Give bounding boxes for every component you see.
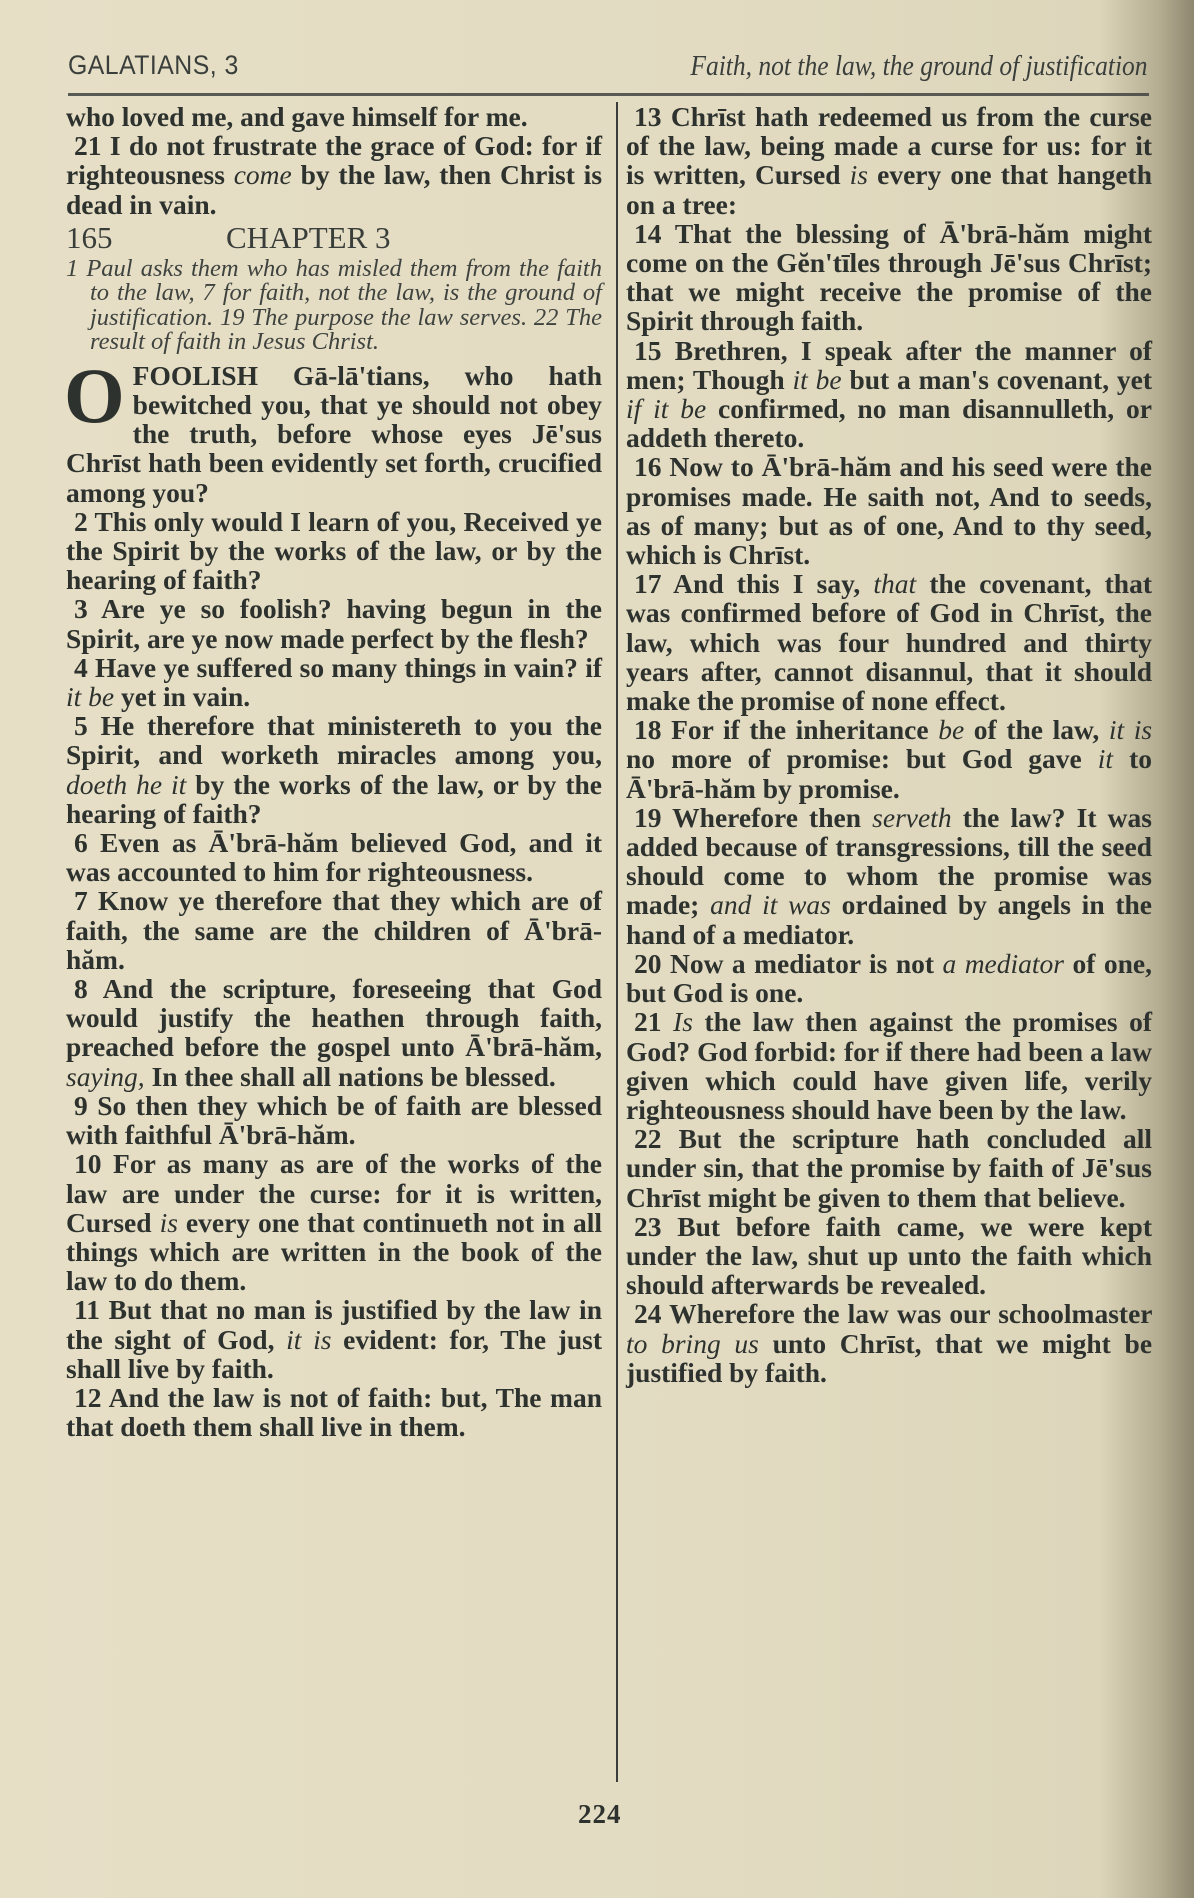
verse-text: but a man's covenant, yet bbox=[849, 364, 1152, 395]
chapter-heading: 165 CHAPTER 3 bbox=[66, 221, 602, 255]
italic-text: be bbox=[938, 714, 964, 745]
italic-text: is bbox=[850, 159, 868, 190]
verse-8: 8 And the scripture, foreseeing that God… bbox=[66, 974, 602, 1091]
verse-23: 23 But before faith came, we were kept u… bbox=[626, 1212, 1152, 1300]
verse-10: 10 For as many as are of the works of th… bbox=[66, 1149, 602, 1295]
verse-17: 17 And this I say, that the covenant, th… bbox=[626, 569, 1152, 715]
verse-text: the law then against the promises of God… bbox=[626, 1006, 1152, 1125]
verse-text: Even as Ā'brā-hăm believed God, and it w… bbox=[66, 827, 602, 887]
verse-number: 21 bbox=[634, 1006, 662, 1037]
verse-number: 12 bbox=[74, 1382, 102, 1413]
verse-number: 13 bbox=[634, 101, 662, 132]
verse-22: 22 But the scripture hath concluded all … bbox=[626, 1124, 1152, 1212]
verse-18: 18 For if the inheritance be of the law,… bbox=[626, 715, 1152, 803]
verse-text: So then they which be of faith are bless… bbox=[66, 1090, 602, 1150]
verse-text: That the blessing of Ā'brā-hăm might com… bbox=[626, 218, 1152, 337]
italic-text: to bring us bbox=[626, 1328, 759, 1359]
verse-number: 8 bbox=[74, 973, 88, 1004]
verse-number: 23 bbox=[634, 1211, 662, 1242]
verse-number: 24 bbox=[634, 1298, 662, 1329]
verse-text: of the law, bbox=[974, 714, 1099, 745]
verse-text: FOOLISH Gā-lā'tians, who hath bewitched … bbox=[66, 360, 602, 508]
italic-text: is bbox=[160, 1207, 178, 1238]
book-chapter-heading: GALATIANS, 3 bbox=[68, 50, 239, 81]
reference-number: 165 bbox=[66, 221, 226, 255]
verse-text: And the scripture, foreseeing that God w… bbox=[66, 973, 602, 1062]
verse-16: 16 Now to Ā'brā-hăm and his seed were th… bbox=[626, 452, 1152, 569]
verse-number: 10 bbox=[74, 1148, 102, 1179]
verse-number: 7 bbox=[74, 885, 88, 916]
verse-text: And the law is not of faith: but, The ma… bbox=[66, 1382, 602, 1442]
verse-number: 2 bbox=[74, 506, 88, 537]
right-column: 13 Chrīst hath redeemed us from the curs… bbox=[626, 102, 1152, 1387]
verse-number: 20 bbox=[634, 948, 662, 979]
italic-text: if it be bbox=[626, 393, 706, 424]
verse-2-21: 21 I do not frustrate the grace of God: … bbox=[66, 131, 602, 219]
italic-text: it is bbox=[1109, 714, 1152, 745]
italic-text: serveth bbox=[872, 802, 951, 833]
verse-9: 9 So then they which be of faith are ble… bbox=[66, 1091, 602, 1149]
verse-12: 12 And the law is not of faith: but, The… bbox=[66, 1383, 602, 1441]
verse-text: Now a mediator is not bbox=[670, 948, 934, 979]
drop-cap: O bbox=[64, 365, 125, 423]
verse-20: 20 Now a mediator is not a mediator of o… bbox=[626, 949, 1152, 1007]
verse-number: 17 bbox=[634, 568, 662, 599]
italic-text: it bbox=[1098, 743, 1113, 774]
verse-text: For if the inheritance bbox=[671, 714, 928, 745]
verse-text: Have ye suffered so many things in vain?… bbox=[95, 652, 602, 683]
page-number: 224 bbox=[578, 1799, 622, 1830]
verse-text: Know ye therefore that they which are of… bbox=[66, 885, 602, 974]
italic-text: come bbox=[234, 159, 292, 190]
verse-number: 6 bbox=[74, 827, 88, 858]
verse-24: 24 Wherefore the law was our schoolmaste… bbox=[626, 1299, 1152, 1387]
verse-number: 11 bbox=[74, 1294, 100, 1325]
verse-continuation: who loved me, and gave himself for me. bbox=[66, 102, 602, 131]
verse-text: But the scripture hath concluded all und… bbox=[626, 1123, 1152, 1212]
verse-text: In thee shall all nations be blessed. bbox=[152, 1061, 556, 1092]
verse-text: ordained by angels in the hand of a medi… bbox=[626, 889, 1152, 949]
running-header: GALATIANS, 3 Faith, not the law, the gro… bbox=[68, 46, 1148, 86]
verse-number: 22 bbox=[634, 1123, 662, 1154]
verse-text: This only would I learn of you, Received… bbox=[66, 506, 602, 595]
verse-number: 3 bbox=[74, 593, 88, 624]
column-divider bbox=[616, 102, 618, 1782]
verse-11: 11 But that no man is justified by the l… bbox=[66, 1295, 602, 1383]
verse-text: yet in vain. bbox=[121, 681, 250, 712]
verse-13: 13 Chrīst hath redeemed us from the curs… bbox=[626, 102, 1152, 219]
verse-text: no more of promise: but God gave bbox=[626, 743, 1082, 774]
verse-number: 21 bbox=[74, 130, 102, 161]
chapter-title: CHAPTER 3 bbox=[226, 221, 391, 255]
italic-text: doeth he it bbox=[66, 769, 186, 800]
verse-text: Now to Ā'brā-hăm and his seed were the p… bbox=[626, 451, 1152, 570]
verse-number: 16 bbox=[634, 451, 662, 482]
verse-text: Are ye so foolish? having begun in the S… bbox=[66, 593, 602, 653]
verse-text: Wherefore the law was our schoolmaster bbox=[669, 1298, 1152, 1329]
verse-text: Wherefore then bbox=[672, 802, 861, 833]
running-title: Faith, not the law, the ground of justif… bbox=[691, 50, 1148, 83]
italic-text: it be bbox=[66, 681, 114, 712]
verse-number: 14 bbox=[634, 218, 662, 249]
verse-14: 14 That the blessing of Ā'brā-hăm might … bbox=[626, 219, 1152, 336]
italic-text: that bbox=[873, 568, 916, 599]
italic-text: Is bbox=[673, 1006, 693, 1037]
verse-number: 5 bbox=[74, 710, 88, 741]
italic-text: it is bbox=[286, 1324, 331, 1355]
verse-1: OFOOLISH Gā-lā'tians, who hath bewitched… bbox=[66, 361, 602, 507]
verse-number: 9 bbox=[74, 1090, 88, 1121]
italic-text: a mediator bbox=[942, 948, 1064, 979]
verse-number: 4 bbox=[74, 652, 88, 683]
verse-5: 5 He therefore that ministereth to you t… bbox=[66, 711, 602, 828]
verse-6: 6 Even as Ā'brā-hăm believed God, and it… bbox=[66, 828, 602, 886]
verse-15: 15 Brethren, I speak after the manner of… bbox=[626, 336, 1152, 453]
verse-3: 3 Are ye so foolish? having begun in the… bbox=[66, 594, 602, 652]
verse-4: 4 Have ye suffered so many things in vai… bbox=[66, 653, 602, 711]
italic-text: and it was bbox=[710, 889, 831, 920]
italic-text: saying, bbox=[66, 1061, 145, 1092]
italic-text: it be bbox=[793, 364, 842, 395]
verse-number: 15 bbox=[634, 335, 662, 366]
verse-text: And this I say, bbox=[673, 568, 860, 599]
left-column: who loved me, and gave himself for me. 2… bbox=[66, 102, 602, 1441]
verse-21: 21 Is the law then against the promises … bbox=[626, 1007, 1152, 1124]
header-rule bbox=[68, 93, 1149, 96]
chapter-summary: 1 Paul asks them who has misled them fro… bbox=[66, 257, 602, 355]
verse-7: 7 Know ye therefore that they which are … bbox=[66, 886, 602, 974]
verse-text: He therefore that ministereth to you the… bbox=[66, 710, 602, 770]
verse-text: who loved me, and gave himself for me. bbox=[66, 101, 528, 132]
verse-2: 2 This only would I learn of you, Receiv… bbox=[66, 507, 602, 595]
verse-number: 19 bbox=[634, 802, 662, 833]
verse-19: 19 Wherefore then serveth the law? It wa… bbox=[626, 803, 1152, 949]
verse-text: But before faith came, we were kept unde… bbox=[626, 1211, 1152, 1300]
verse-number: 18 bbox=[634, 714, 662, 745]
